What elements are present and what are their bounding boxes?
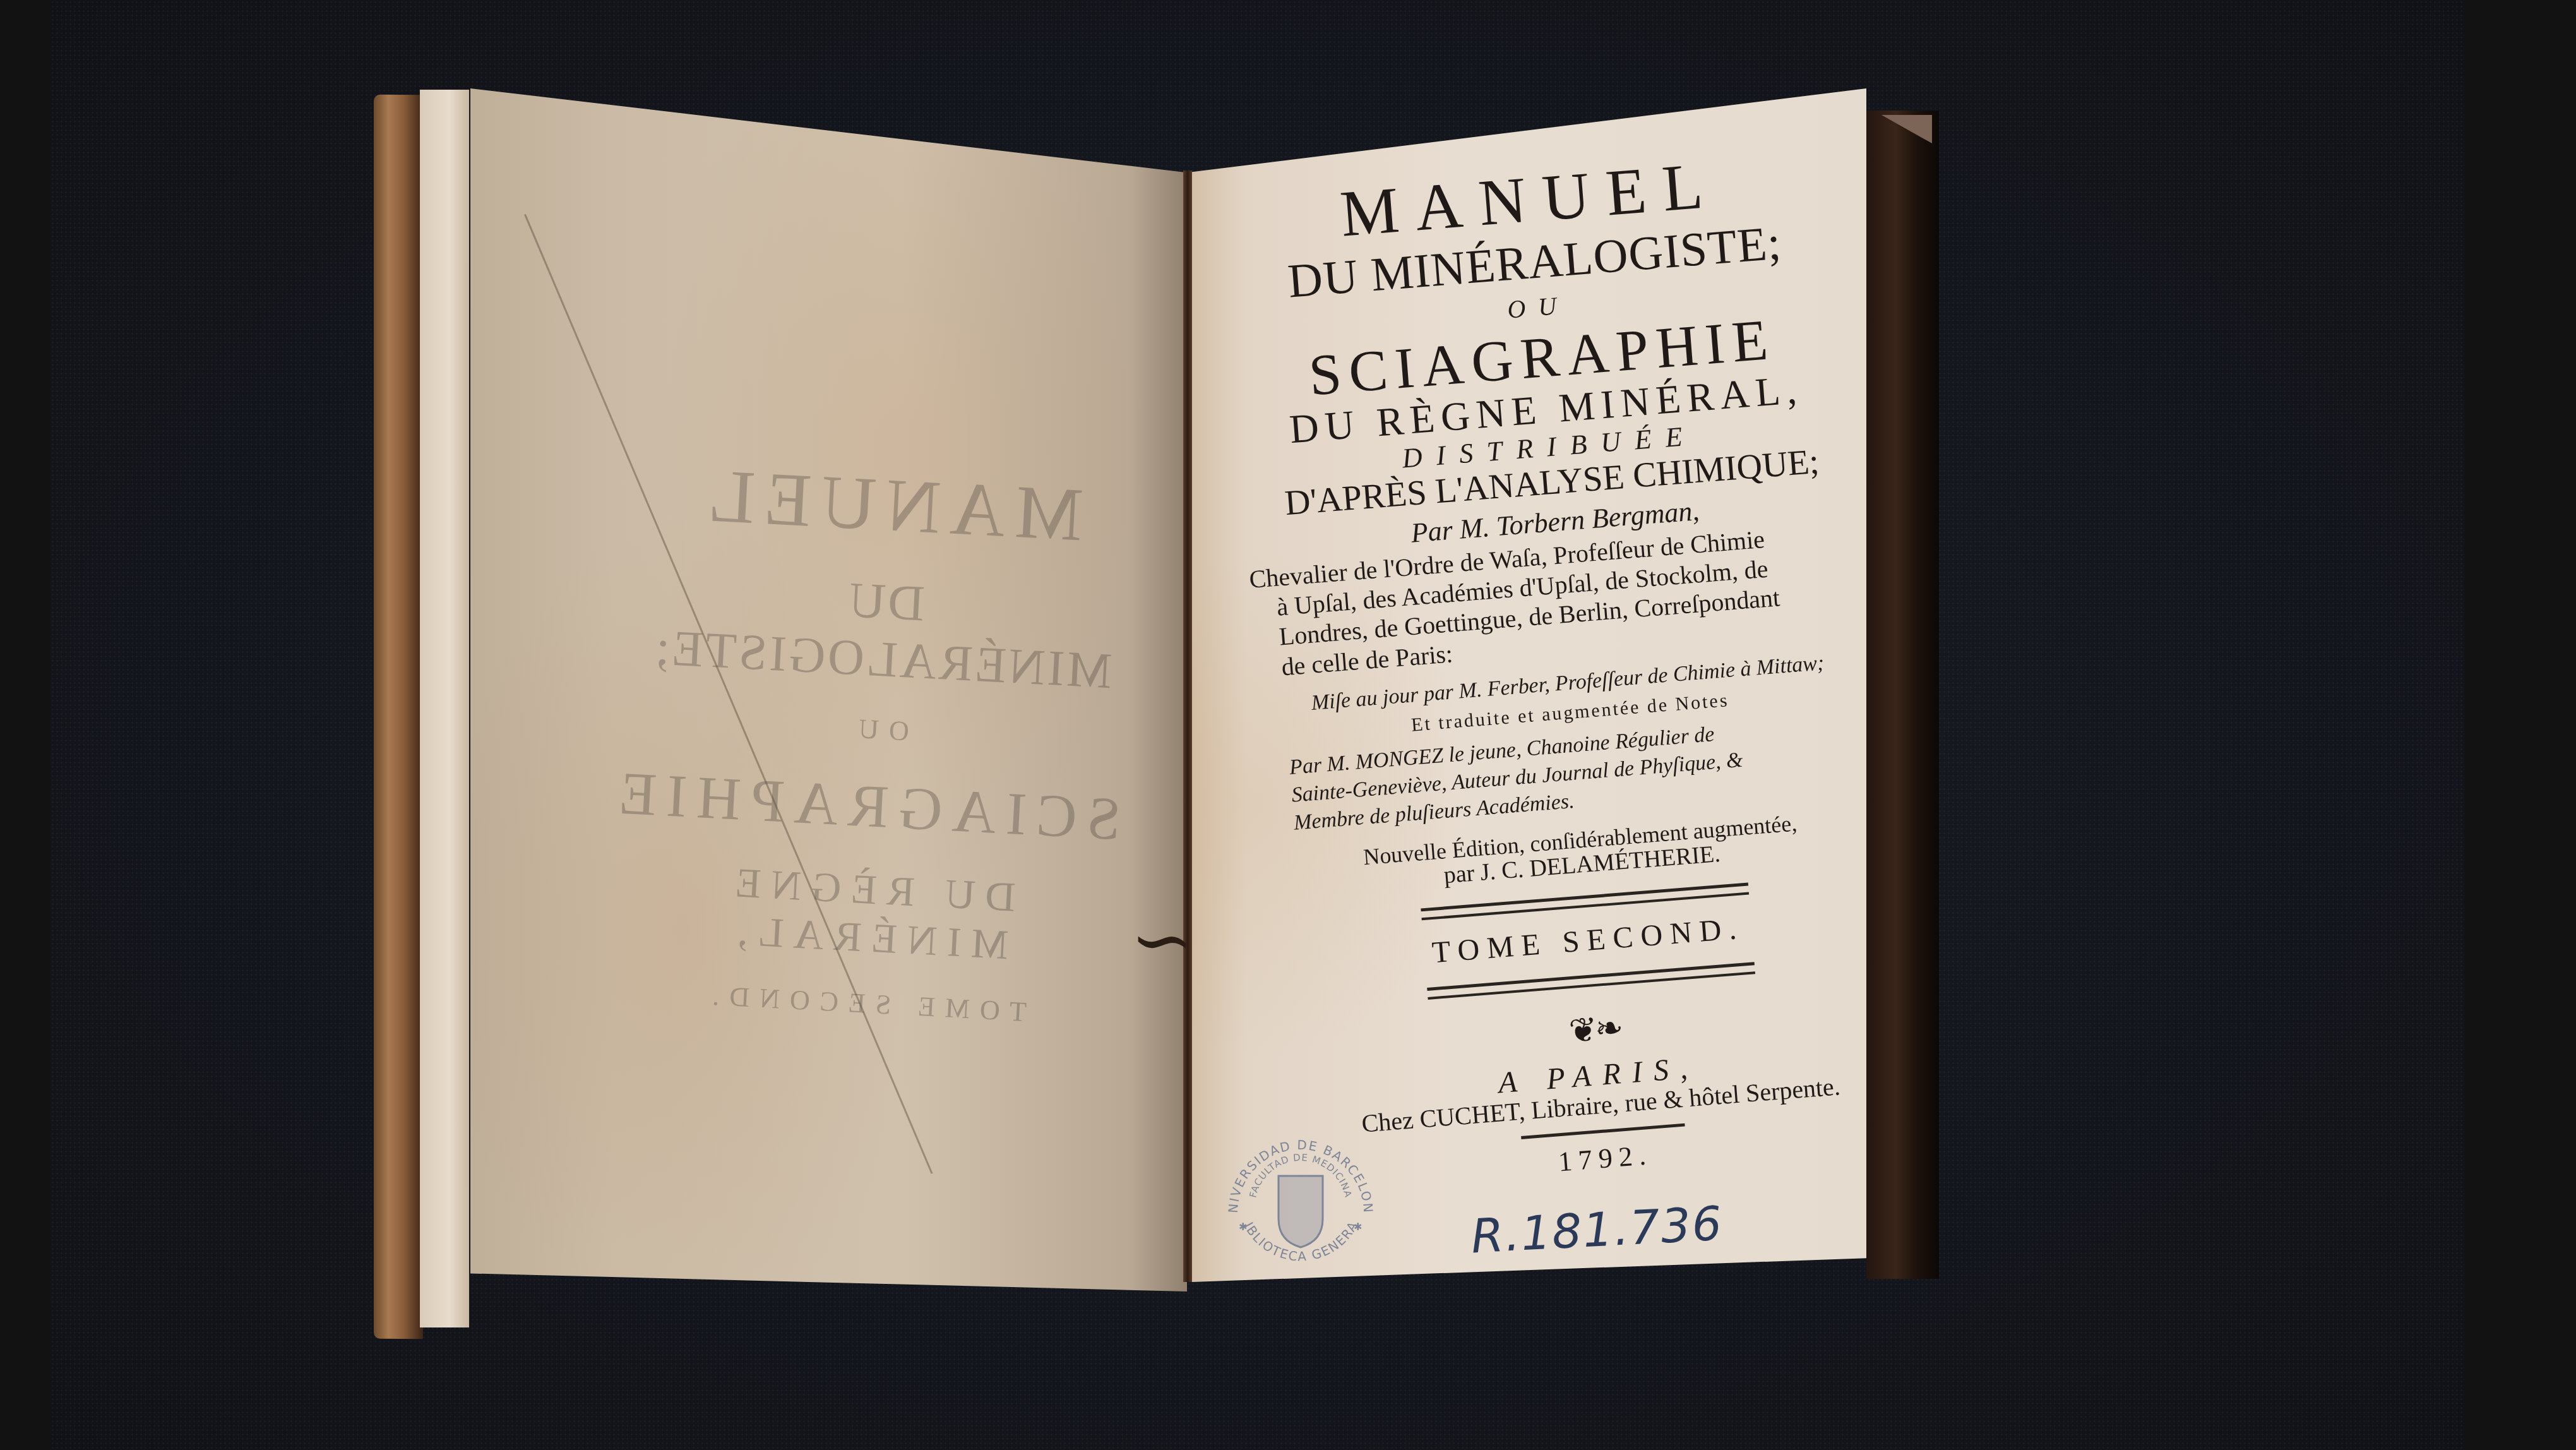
ghost-line: SCIAGRAPHIE — [627, 758, 1123, 854]
svg-text:✱: ✱ — [1239, 1222, 1247, 1233]
ghost-line: OU — [632, 701, 1126, 759]
ghost-line: DU RÈGNE MINÉRAL, — [621, 853, 1118, 975]
show-through-text: MANUEL DU MINÉRALOGISTE; OU SCIAGRAPHIE … — [616, 448, 1138, 1058]
double-rule-bottom — [1427, 962, 1755, 1000]
book-cover-edge — [374, 95, 423, 1339]
wormhole-trace-icon: ∽ — [1130, 897, 1194, 985]
ghost-line: TOME SECOND. — [617, 974, 1111, 1033]
title-page-text: MANUEL DU MINÉRALOGISTE; OU SCIAGRAPHIE … — [1219, 141, 1915, 1197]
letterbox-right — [2464, 0, 2576, 1450]
book-gutter — [1183, 171, 1192, 1282]
volume-label: TOME SECOND. — [1279, 901, 1898, 981]
letterbox-left — [0, 0, 51, 1450]
imprint-rule — [1521, 1123, 1685, 1139]
library-stamp-icon: UNIVERSIDAD DE BARCELONA FACULTAD DE MED… — [1219, 1118, 1383, 1282]
ghost-line: DU MINÉRALOGISTE; — [635, 561, 1133, 702]
flyleaf-strip — [420, 90, 469, 1327]
coat-of-arms-shield — [1279, 1176, 1323, 1247]
svg-text:✱: ✱ — [1354, 1222, 1362, 1233]
library-stamp: UNIVERSIDAD DE BARCELONA FACULTAD DE MED… — [1219, 1118, 1383, 1282]
